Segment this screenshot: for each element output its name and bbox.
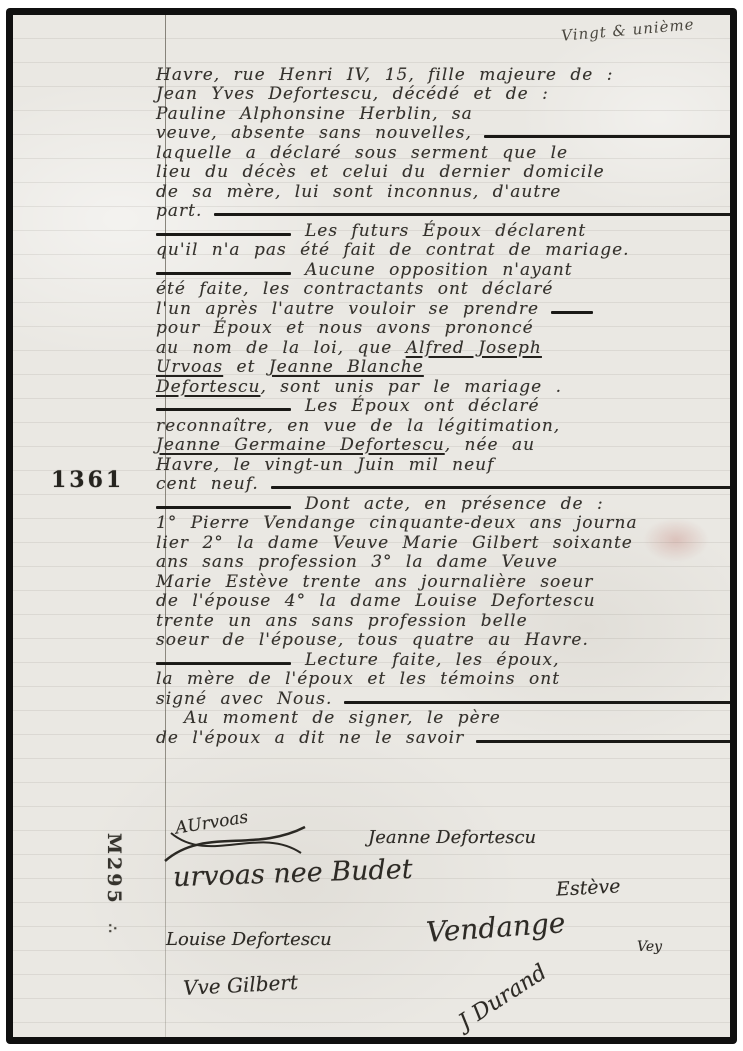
- act-line: Havre, le vingt-un Juin mil neuf: [156, 454, 730, 474]
- act-line: Pauline Alphonsine Herblin, sa: [156, 103, 730, 123]
- filler-rule: [156, 233, 291, 236]
- act-line-text: laquelle a déclaré sous serment que le: [156, 144, 568, 162]
- act-line-text: trente un ans sans profession belle: [156, 612, 528, 630]
- act-line-text: pour Époux et nous avons prononcé: [156, 319, 534, 337]
- act-line-text: signé avec Nous.: [156, 690, 332, 708]
- act-text: Havre, rue Henri IV, 15, fille majeure d…: [156, 64, 730, 747]
- archive-code-stamp: M295∴: [95, 833, 125, 978]
- act-line-text: Jean Yves Defortescu, décédé et de :: [156, 85, 549, 103]
- act-line: soeur de l'épouse, tous quatre au Havre.: [156, 630, 730, 650]
- signature: Louise Defortescu: [166, 929, 332, 950]
- act-line: Jeanne Germaine Defortescu, née au: [156, 435, 730, 455]
- act-line: l'un après l'autre vouloir se prendre: [156, 298, 730, 318]
- act-line-text: Defortescu, sont unis par le mariage .: [156, 378, 562, 396]
- signature: Jeanne Defortescu: [368, 827, 536, 848]
- act-line-text: Les futurs Époux déclarent: [305, 222, 586, 240]
- act-line-text: cent neuf.: [156, 475, 259, 493]
- act-line-text: Jeanne Germaine Defortescu, née au: [156, 436, 535, 454]
- act-line: lieu du décès et celui du dernier domici…: [156, 162, 730, 182]
- filler-rule: [551, 311, 593, 314]
- act-line: veuve, absente sans nouvelles,: [156, 123, 730, 143]
- act-line: reconnaître, en vue de la légitimation,: [156, 415, 730, 435]
- act-line: Urvoas et Jeanne Blanche: [156, 357, 730, 377]
- act-line-text: de l'épouse 4° la dame Louise Defortescu: [156, 592, 596, 610]
- act-line: Havre, rue Henri IV, 15, fille majeure d…: [156, 64, 730, 84]
- signature: Vendange: [425, 906, 566, 949]
- act-line: Marie Estève trente ans journalière soeu…: [156, 571, 730, 591]
- archive-code-text: M295: [103, 833, 125, 906]
- signature: Estève: [555, 875, 621, 900]
- act-line-text: veuve, absente sans nouvelles,: [156, 124, 472, 142]
- act-line: laquelle a déclaré sous serment que le: [156, 142, 730, 162]
- act-line-text: au nom de la loi, que Alfred Joseph: [156, 339, 542, 357]
- signature: Vve Gilbert: [182, 970, 298, 1000]
- act-line-text: Au moment de signer, le père: [184, 709, 501, 727]
- act-line-text: été faite, les contractants ont déclaré: [156, 280, 553, 298]
- act-line-text: part.: [156, 202, 202, 220]
- act-line-text: Dont acte, en présence de :: [305, 495, 604, 513]
- act-line: Les futurs Époux déclarent: [156, 220, 730, 240]
- act-line: de sa mère, lui sont inconnus, d'autre: [156, 181, 730, 201]
- filler-rule: [344, 701, 730, 704]
- act-line: qu'il n'a pas été fait de contrat de mar…: [156, 240, 730, 260]
- act-line: été faite, les contractants ont déclaré: [156, 279, 730, 299]
- act-line: part.: [156, 201, 730, 221]
- scan-border-frame: Vingt & unième 1361 M295∴ Havre, rue Hen…: [6, 8, 737, 1044]
- act-line-text: reconnaître, en vue de la légitimation,: [156, 417, 560, 435]
- register-page: Vingt & unième 1361 M295∴ Havre, rue Hen…: [13, 15, 730, 1037]
- act-line-text: lieu du décès et celui du dernier domici…: [156, 163, 605, 181]
- act-line-text: ans sans profession 3° la dame Veuve: [156, 553, 558, 571]
- act-line-text: Marie Estève trente ans journalière soeu…: [156, 573, 593, 591]
- act-line-text: de l'époux a dit ne le savoir: [156, 729, 464, 747]
- act-line: Au moment de signer, le père: [156, 708, 730, 728]
- act-line-text: la mère de l'époux et les témoins ont: [156, 670, 560, 688]
- act-line-text: Aucune opposition n'ayant: [305, 261, 573, 279]
- filler-rule: [156, 506, 291, 509]
- act-line-text: de sa mère, lui sont inconnus, d'autre: [156, 183, 561, 201]
- act-line-text: 1° Pierre Vendange cinquante-deux ans jo…: [156, 514, 638, 532]
- act-line: Defortescu, sont unis par le mariage .: [156, 376, 730, 396]
- act-line-text: Pauline Alphonsine Herblin, sa: [156, 105, 473, 123]
- filler-rule: [484, 135, 730, 138]
- act-line: la mère de l'époux et les témoins ont: [156, 669, 730, 689]
- filler-rule: [156, 662, 291, 665]
- archive-code-marks: ∴: [104, 924, 120, 934]
- act-line-text: soeur de l'épouse, tous quatre au Havre.: [156, 631, 589, 649]
- act-line: Aucune opposition n'ayant: [156, 259, 730, 279]
- act-line: de l'époux a dit ne le savoir: [156, 727, 730, 747]
- filler-rule: [271, 486, 730, 489]
- act-line: Dont acte, en présence de :: [156, 493, 730, 513]
- page-header-annotation: Vingt & unième: [560, 15, 695, 45]
- filler-rule: [214, 213, 730, 216]
- act-line-text: lier 2° la dame Veuve Marie Gilbert soix…: [156, 534, 633, 552]
- signature: J Durand: [454, 960, 551, 1035]
- act-line: signé avec Nous.: [156, 688, 730, 708]
- act-line-text: Les Époux ont déclaré: [305, 397, 540, 415]
- act-line-text: Lecture faite, les époux,: [305, 651, 560, 669]
- act-line: trente un ans sans profession belle: [156, 610, 730, 630]
- act-line: cent neuf.: [156, 474, 730, 494]
- act-line: de l'épouse 4° la dame Louise Defortescu: [156, 591, 730, 611]
- act-line: pour Époux et nous avons prononcé: [156, 318, 730, 338]
- act-line-text: Havre, rue Henri IV, 15, fille majeure d…: [156, 66, 613, 84]
- act-line-text: qu'il n'a pas été fait de contrat de mar…: [156, 241, 630, 259]
- filler-rule: [476, 740, 730, 743]
- act-line-text: Havre, le vingt-un Juin mil neuf: [156, 456, 494, 474]
- act-line: Lecture faite, les époux,: [156, 649, 730, 669]
- act-number-stamp: 1361: [51, 467, 124, 493]
- act-line-text: Urvoas et Jeanne Blanche: [156, 358, 424, 376]
- ink-stamp-smudge: [643, 518, 709, 562]
- signature: Vey: [637, 939, 662, 955]
- act-line: Les Époux ont déclaré: [156, 396, 730, 416]
- filler-rule: [156, 272, 291, 275]
- act-line: Jean Yves Defortescu, décédé et de :: [156, 84, 730, 104]
- filler-rule: [156, 408, 291, 411]
- act-line-text: l'un après l'autre vouloir se prendre: [156, 300, 539, 318]
- act-line: au nom de la loi, que Alfred Joseph: [156, 337, 730, 357]
